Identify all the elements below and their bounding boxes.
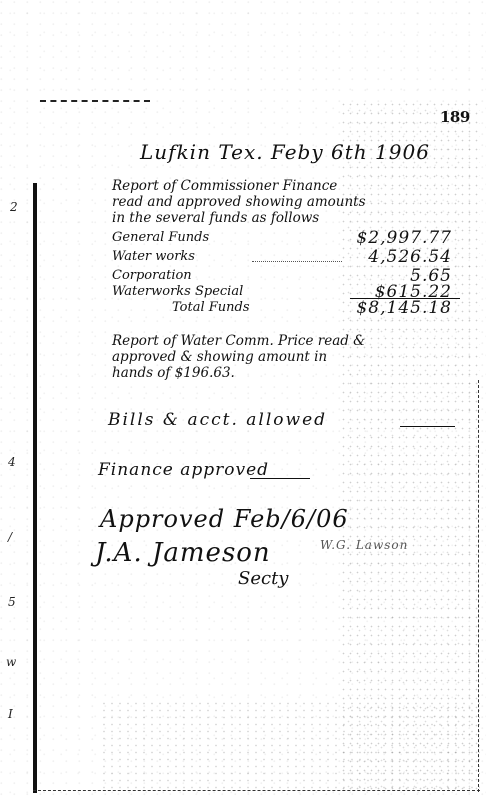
bills-allowed-line: Bills & acct. allowed	[108, 410, 327, 430]
text-line: read and approved showing amounts	[112, 194, 442, 210]
finance-report-intro: Report of Commissioner Finance read and …	[112, 178, 442, 226]
fund-label: General Funds	[112, 230, 209, 245]
top-border-rule	[40, 100, 150, 102]
fund-row-total: Total Funds $8,145.18	[112, 300, 452, 317]
margin-mark: 2	[10, 200, 18, 214]
water-report: Report of Water Comm. Price read & appro…	[112, 333, 365, 381]
page-heading: Lufkin Tex. Feby 6th 1906	[140, 140, 430, 164]
scan-noise	[100, 700, 480, 790]
faint-signature: W.G. Lawson	[320, 538, 408, 552]
line-rule	[400, 426, 455, 427]
text-line: hands of $196.63.	[112, 365, 365, 381]
ledger-page: 189 Lufkin Tex. Feby 6th 1906 Report of …	[0, 0, 486, 800]
fund-row: Water works 4,526.54	[112, 249, 452, 266]
fund-label: Water works	[112, 249, 195, 264]
text-line: Report of Water Comm. Price read &	[112, 333, 365, 349]
fund-amount: 4,526.54	[368, 247, 452, 267]
leader-dots	[252, 261, 342, 262]
fund-amount: $2,997.77	[356, 228, 452, 248]
finance-approved-line: Finance approved	[98, 460, 269, 480]
margin-mark: 5	[8, 595, 16, 609]
text-line: approved & showing amount in	[112, 349, 365, 365]
margin-mark: /	[8, 530, 12, 544]
approved-date: Approved Feb/6/06	[100, 505, 349, 533]
secretary-signature: J.A. Jameson	[95, 538, 271, 568]
margin-mark: I	[8, 707, 13, 721]
fund-label: Corporation	[112, 268, 192, 283]
text-line: Report of Commissioner Finance	[112, 178, 442, 194]
fund-label: Waterworks Special	[112, 284, 243, 299]
secretary-title: Secty	[238, 568, 288, 589]
page-number: 189	[440, 108, 470, 126]
fund-row: General Funds $2,997.77	[112, 230, 452, 247]
margin-mark: w	[6, 655, 16, 669]
total-amount: $8,145.18	[356, 298, 452, 318]
margin-mark: 4	[8, 455, 16, 469]
left-margin-rule	[33, 183, 37, 793]
total-label: Total Funds	[172, 300, 250, 315]
line-rule	[250, 478, 310, 479]
right-border-rule	[478, 380, 479, 792]
bottom-border-rule	[33, 790, 480, 791]
text-line: in the several funds as follows	[112, 210, 442, 226]
